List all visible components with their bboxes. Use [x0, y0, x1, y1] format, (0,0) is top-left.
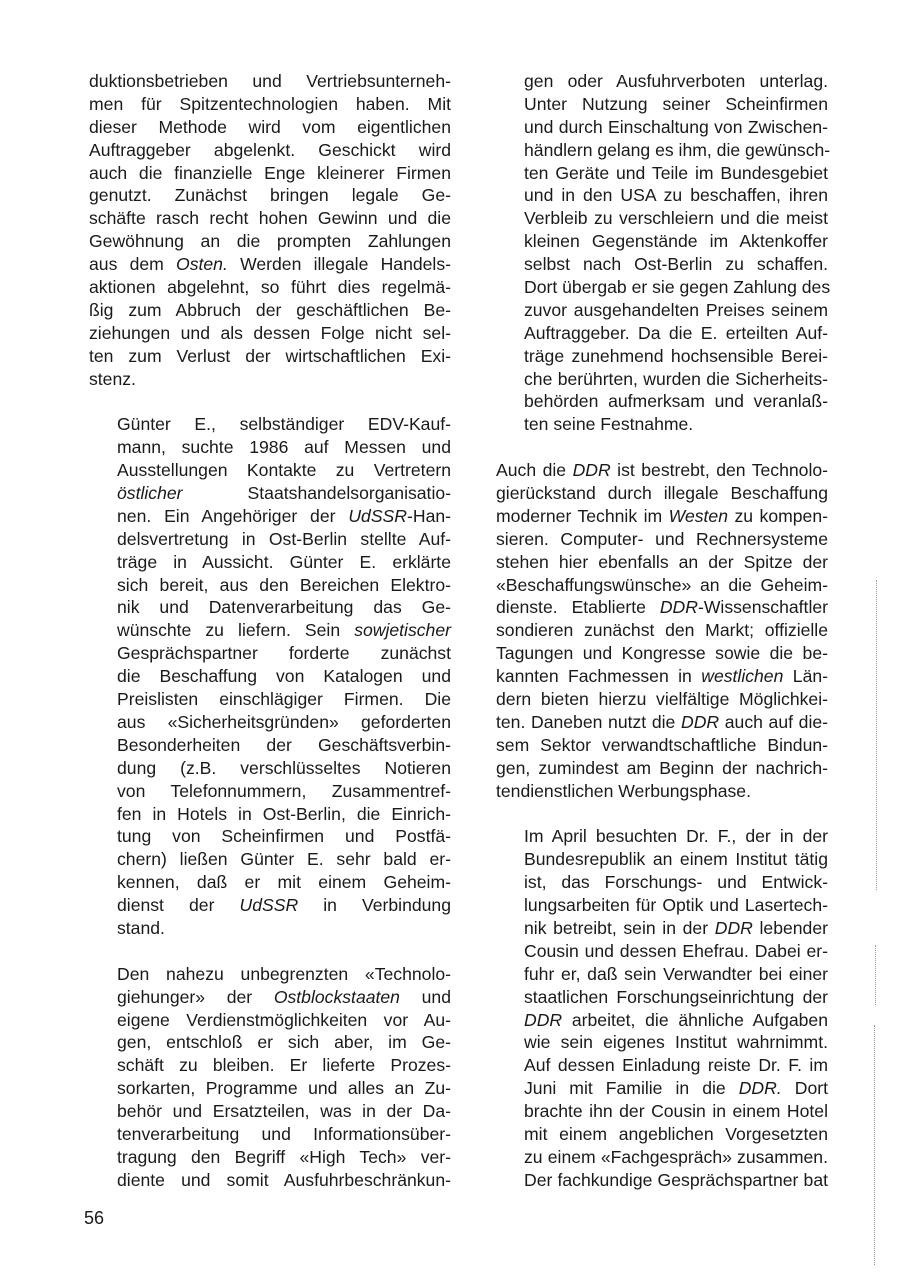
text-line: chern) ließen Günter E. sehr bald er- [89, 848, 451, 871]
text-line: Gesprächspartner forderte zunächst [89, 642, 451, 665]
text-line: stenz. [89, 368, 451, 391]
text-line: dienst der UdSSR in Verbindung [89, 894, 451, 917]
text-line: gen, zumindest am Beginn der nachrich- [496, 757, 828, 780]
text-line: auch die finanzielle Enge kleinerer Firm… [89, 162, 451, 185]
text-line: dung (z.B. verschlüsseltes Notieren [89, 757, 451, 780]
text-line: Ausstellungen Kontakte zu Vertretern [89, 459, 451, 482]
text-line: behör und Ersatzteilen, was in der Da- [89, 1100, 451, 1123]
text-line: Bundesrepublik an einem Institut tätig [496, 848, 828, 871]
text-line: Auf dessen Einladung reiste Dr. F. im [496, 1054, 828, 1077]
text-line: kleinen Gegenstände im Aktenkoffer [496, 230, 828, 253]
text-line: brachte ihn der Cousin in einem Hotel [496, 1100, 828, 1123]
text-line: Juni mit Familie in die DDR. Dort [496, 1077, 828, 1100]
text-line: stand. [89, 917, 451, 940]
page-number: 56 [84, 1208, 104, 1229]
paragraph-gap [89, 390, 451, 413]
emphasis: westlichen [701, 666, 783, 686]
body-paragraph: Auch die DDR ist bestrebt, den Technolo-… [496, 459, 828, 802]
text-line: Tagungen und Kongresse sowie die be- [496, 642, 828, 665]
text-line: tragung den Begriff «High Tech» ver- [89, 1146, 451, 1169]
text-line: dieser Methode wird vom eigentlichen [89, 116, 451, 139]
text-line: Gewöhnung an die prompten Zahlungen [89, 230, 451, 253]
text-line: gierückstand durch illegale Beschaffung [496, 482, 828, 505]
scan-artifact-line [875, 945, 876, 1005]
text-line: aus «Sicherheitsgründen» geforderten [89, 711, 451, 734]
paragraph-gap [496, 436, 828, 459]
text-line: Unter Nutzung seiner Scheinfirmen [496, 93, 828, 116]
text-line: ist, das Forschungs- und Entwick- [496, 871, 828, 894]
text-line: sondieren zunächst den Markt; offizielle [496, 619, 828, 642]
text-line: Im April besuchten Dr. F., der in der [496, 825, 828, 848]
paragraph-gap [89, 940, 451, 963]
emphasis: UdSSR [348, 506, 407, 526]
text-line: träge zunehmend hochsensible Berei- [496, 345, 828, 368]
text-line: DDR arbeitet, die ähnliche Aufgaben [496, 1009, 828, 1032]
text-line: sich bereit, aus den Bereichen Elektro- [89, 574, 451, 597]
text-line: ßig zum Abbruch der geschäftlichen Be- [89, 299, 451, 322]
emphasis: DDR. [739, 1078, 782, 1098]
emphasis: sowjetischer [354, 620, 451, 640]
text-line: wie sein eigenes Institut wahrnimmt. [496, 1031, 828, 1054]
emphasis: Osten. [176, 254, 228, 274]
text-line: men für Spitzentechnologien haben. Mit [89, 93, 451, 116]
text-line: Den nahezu unbegrenzten «Technolo- [89, 963, 451, 986]
scan-artifact-line [874, 1025, 875, 1265]
text-line: tendienstlichen Werbungsphase. [496, 780, 828, 803]
text-line: ten. Daneben nutzt die DDR auch auf die- [496, 711, 828, 734]
text-line: che berührten, wurden die Sicherheits- [496, 368, 828, 391]
text-line: delsvertretung in Ost-Berlin stellte Auf… [89, 528, 451, 551]
text-line: nik betreibt, sein in der DDR lebender [496, 917, 828, 940]
emphasis: DDR [715, 918, 753, 938]
text-line: giehunger» der Ostblockstaaten und [89, 986, 451, 1009]
right-column: gen oder Ausfuhrverboten unterlag.Unter … [496, 70, 828, 1192]
text-line: dern bieten hierzu vielfältige Möglichke… [496, 688, 828, 711]
text-line: ten seine Festnahme. [496, 413, 828, 436]
text-line: schäfte rasch recht hohen Gewinn und die [89, 207, 451, 230]
text-line: Günter E., selbständiger EDV-Kauf- [89, 413, 451, 436]
text-line: mann, suchte 1986 auf Messen und [89, 436, 451, 459]
text-line: Preislisten einschlägiger Firmen. Die [89, 688, 451, 711]
text-line: Verbleib zu verschleiern und die meist [496, 207, 828, 230]
text-line: Dort übergab er sie gegen Zahlung des [496, 276, 828, 299]
text-line: «Beschaffungswünsche» an die Geheim- [496, 574, 828, 597]
text-line: behörden aufmerksam und veranlaß- [496, 390, 828, 413]
text-line: kannten Fachmessen in westlichen Län- [496, 665, 828, 688]
text-line: Besonderheiten der Geschäftsverbin- [89, 734, 451, 757]
text-line: fuhr er, daß sein Verwandter bei einer [496, 963, 828, 986]
text-line: schäft zu bleiben. Er lieferte Prozes- [89, 1054, 451, 1077]
text-line: Der fachkundige Gesprächspartner bat [496, 1169, 828, 1192]
emphasis: UdSSR [240, 895, 299, 915]
text-line: gen, entschloß er sich aber, im Ge- [89, 1031, 451, 1054]
emphasis: Ostblockstaaten [274, 987, 400, 1007]
text-line: zu einem «Fachgespräch» zusammen. [496, 1146, 828, 1169]
text-line: diente und somit Ausfuhrbeschränkun- [89, 1169, 451, 1192]
text-line: von Telefonnummern, Zusammentref- [89, 780, 451, 803]
text-line: aktionen abgelehnt, so führt dies regelm… [89, 276, 451, 299]
case-example-paragraph: gen oder Ausfuhrverboten unterlag.Unter … [496, 70, 828, 436]
text-line: stehen hier ebenfalls an der Spitze der [496, 551, 828, 574]
text-line: und durch Einschaltung von Zwischen- [496, 116, 828, 139]
text-line: und in den USA zu beschaffen, ihren [496, 184, 828, 207]
text-line: ten Geräte und Teile im Bundesgebiet [496, 162, 828, 185]
text-line: wünschte zu liefern. Sein sowjetischer [89, 619, 451, 642]
text-line: östlicher Staatshandelsorganisatio- [89, 482, 451, 505]
text-line: aus dem Osten. Werden illegale Handels- [89, 253, 451, 276]
scan-artifact-line [876, 580, 877, 890]
text-line: kennen, daß er mit einem Geheim- [89, 871, 451, 894]
emphasis: östlicher [117, 483, 183, 503]
text-line: genutzt. Zunächst bringen legale Ge- [89, 184, 451, 207]
text-line: eigene Verdienstmöglichkeiten vor Au- [89, 1009, 451, 1032]
text-line: Auftraggeber abgelenkt. Geschickt wird [89, 139, 451, 162]
text-line: träge in Aussicht. Günter E. erklärte [89, 551, 451, 574]
text-line: händlern gelang es ihm, die gewünsch- [496, 139, 828, 162]
emphasis: DDR [660, 597, 698, 617]
text-line: selbst nach Ost-Berlin zu schaffen. [496, 253, 828, 276]
case-example-paragraph: Im April besuchten Dr. F., der in derBun… [496, 825, 828, 1191]
emphasis: DDR [524, 1010, 562, 1030]
case-example-paragraph: Den nahezu unbegrenzten «Technolo-giehun… [89, 963, 451, 1192]
emphasis: DDR [573, 460, 611, 480]
text-line: zuvor ausgehandelten Preises seinem [496, 299, 828, 322]
text-line: sorkarten, Programme und alles an Zu- [89, 1077, 451, 1100]
text-line: Auftraggeber. Da die E. erteilten Auf- [496, 322, 828, 345]
text-line: lungsarbeiten für Optik und Lasertech- [496, 894, 828, 917]
text-line: Auch die DDR ist bestrebt, den Technolo- [496, 459, 828, 482]
left-column: duktionsbetrieben und Vertriebsunterneh-… [89, 70, 451, 1192]
text-line: tenverarbeitung und Informationsüber- [89, 1123, 451, 1146]
text-line: nik und Datenverarbeitung das Ge- [89, 596, 451, 619]
text-line: tung von Scheinfirmen und Postfä- [89, 825, 451, 848]
text-line: dienste. Etablierte DDR-Wissenschaftler [496, 596, 828, 619]
text-line: duktionsbetrieben und Vertriebsunterneh- [89, 70, 451, 93]
text-line: Cousin und dessen Ehefrau. Dabei er- [496, 940, 828, 963]
text-line: fen in Hotels in Ost-Berlin, die Einrich… [89, 803, 451, 826]
text-line: nen. Ein Angehöriger der UdSSR-Han- [89, 505, 451, 528]
emphasis: Westen [669, 506, 728, 526]
text-line: ten zum Verlust der wirtschaftlichen Exi… [89, 345, 451, 368]
text-line: mit einem angeblichen Vorgesetzten [496, 1123, 828, 1146]
text-line: gen oder Ausfuhrverboten unterlag. [496, 70, 828, 93]
text-line: sieren. Computer- und Rechnersysteme [496, 528, 828, 551]
paragraph-gap [496, 803, 828, 826]
body-paragraph: duktionsbetrieben und Vertriebsunterneh-… [89, 70, 451, 390]
text-line: staatlichen Forschungseinrichtung der [496, 986, 828, 1009]
text-line: moderner Technik im Westen zu kompen- [496, 505, 828, 528]
case-example-paragraph: Günter E., selbständiger EDV-Kauf-mann, … [89, 413, 451, 939]
text-line: die Beschaffung von Katalogen und [89, 665, 451, 688]
emphasis: DDR [681, 712, 719, 732]
text-line: sem Sektor verwandtschaftliche Bindun- [496, 734, 828, 757]
text-line: ziehungen und als dessen Folge nicht sel… [89, 322, 451, 345]
